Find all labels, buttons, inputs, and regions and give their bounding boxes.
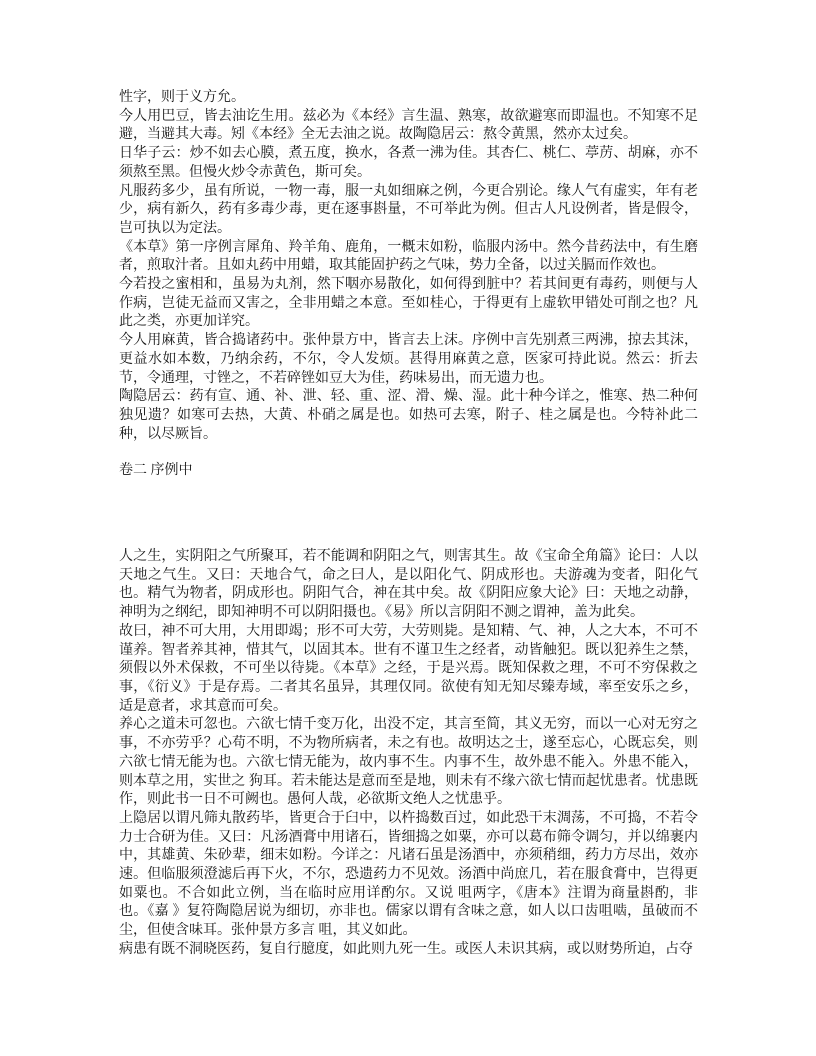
page: { "page": { "background": "#ffffff", "te… <box>0 0 816 1056</box>
paragraph: 凡服药多少，虽有所说，一物一毒，服一丸如细麻之例，今更合别论。缘人气有虚实，年有… <box>119 183 698 239</box>
paragraph: 今若投之蜜相和，虽易为丸剂，然下咽亦易散化，如何得到脏中？若其间更有毒药，则便与… <box>119 276 698 332</box>
paragraph: 人之生，实阴阳之气所聚耳，若不能调和阴阳之气，则害其生。故《宝命全角篇》论曰：人… <box>119 548 698 623</box>
paragraph: 养心之道未可忽也。六欲七情千变万化，出没不定，其言至简，其义无穷，而以一心对无穷… <box>119 716 698 810</box>
document-body: 性字，则于义方允。 今人用巴豆，皆去油讫生用。兹必为《本经》言生温、熟寒，故欲避… <box>119 89 698 960</box>
bottom-section: 人之生，实阴阳之气所聚耳，若不能调和阴阳之气，则害其生。故《宝命全角篇》论曰：人… <box>119 548 698 959</box>
paragraph-continuation: 性字，则于义方允。 <box>119 89 698 108</box>
paragraph: 故曰，神不可大用，大用即竭；形不可大劳，大劳则毙。是知精、气、神，人之大本，不可… <box>119 623 698 717</box>
paragraph: 陶隐居云：药有宣、通、补、泄、轻、重、涩、滑、燥、湿。此十种今详之，惟寒、热二种… <box>119 388 698 444</box>
paragraph: 今人用巴豆，皆去油讫生用。兹必为《本经》言生温、熟寒，故欲避寒而即温也。不知寒不… <box>119 108 698 145</box>
chapter-heading: 卷二 序例中 <box>119 462 698 481</box>
paragraph: 上隐居以谓凡筛丸散药毕，皆更合于臼中，以杵捣数百过，如此恐干末淍荡，不可捣，不若… <box>119 810 698 941</box>
top-section: 性字，则于义方允。 今人用巴豆，皆去油讫生用。兹必为《本经》言生温、熟寒，故欲避… <box>119 89 698 444</box>
paragraph: 《本草》第一序例言犀角、羚羊角、鹿角，一概末如粉，临服内汤中。然今昔药法中，有生… <box>119 239 698 276</box>
paragraph: 日华子云：炒不如去心膜，煮五度，换水，各煮一沸为佳。其杏仁、桃仁、葶苈、胡麻，亦… <box>119 145 698 182</box>
paragraph-continuation: 病患有既不洞晓医药，复自行臆度，如此则九死一生。或医人未识其病，或以财势所迫，占… <box>119 941 698 960</box>
paragraph: 今人用麻黄，皆合捣诸药中。张仲景方中，皆言去上沫。序例中言先别煮三两沸，掠去其沫… <box>119 332 698 388</box>
